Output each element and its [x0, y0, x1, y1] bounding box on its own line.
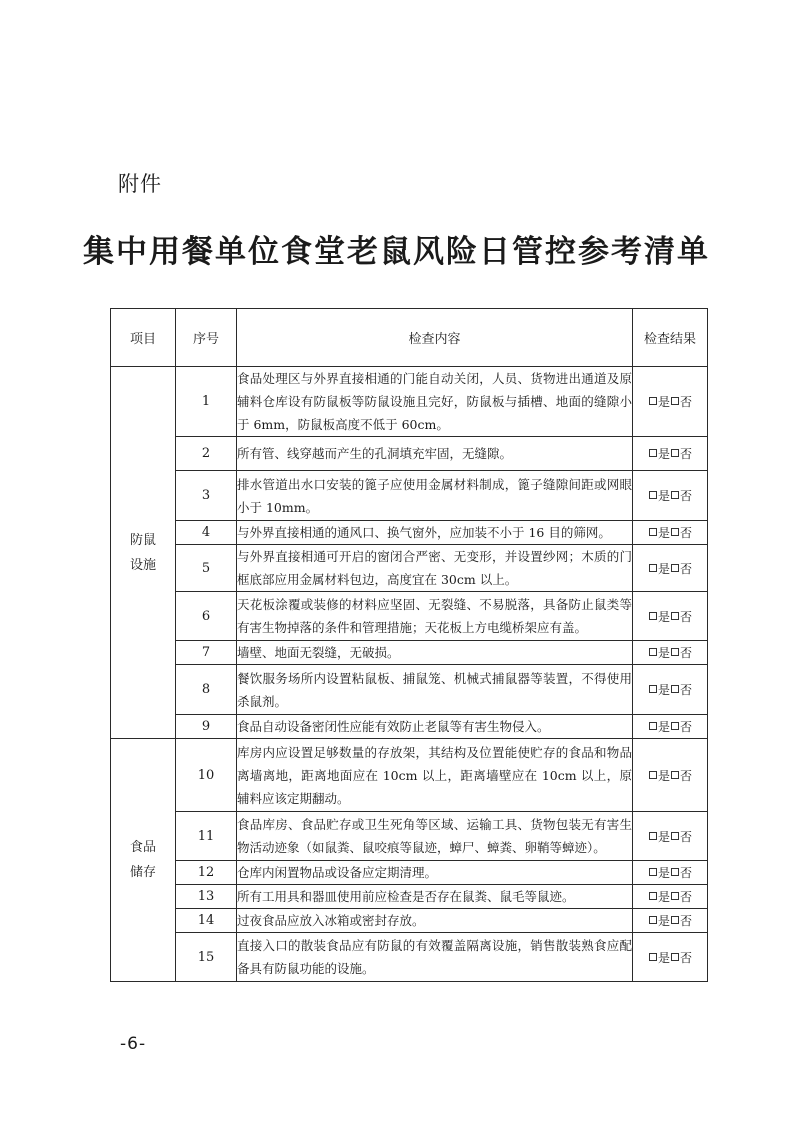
table-row: 9食品自动设备密闭性应能有效防止老鼠等有害生物侵入。是否	[111, 715, 708, 739]
item-number: 2	[176, 437, 237, 471]
table-row: 8餐饮服务场所内设置粘鼠板、捕鼠笼、机械式捕鼠器等装置，不得使用杀鼠剂。是否	[111, 665, 708, 715]
item-content: 与外界直接相通的通风口、换气窗外，应加装不小于 16 目的筛网。	[237, 521, 633, 545]
item-number: 6	[176, 592, 237, 641]
table-row: 2所有管、线穿越而产生的孔洞填充牢固，无缝隙。是否	[111, 437, 708, 471]
item-content: 仓库内闲置物品或设备应定期清理。	[237, 861, 633, 885]
no-label: 否	[680, 769, 692, 783]
item-content: 排水管道出水口安装的篦子应使用金属材料制成，篦子缝隙间距或网眼小于 10mm。	[237, 471, 633, 521]
table-row: 3排水管道出水口安装的篦子应使用金属材料制成，篦子缝隙间距或网眼小于 10mm。…	[111, 471, 708, 521]
yes-label: 是	[658, 562, 670, 576]
no-checkbox[interactable]	[671, 685, 679, 693]
item-content: 食品库房、食品贮存或卫生死角等区域、运输工具、货物包装无有害生物活动迹象（如鼠粪…	[237, 812, 633, 861]
item-number: 12	[176, 861, 237, 885]
result-cell: 是否	[633, 592, 708, 641]
table-row: 5与外界直接相通可开启的窗闭合严密、无变形，并设置纱网；木质的门框底部应用金属材…	[111, 545, 708, 592]
yes-checkbox[interactable]	[649, 528, 657, 536]
checklist-table: 项目 序号 检查内容 检查结果 防鼠设施1食品处理区与外界直接相通的门能自动关闭…	[110, 308, 708, 982]
yes-label: 是	[658, 610, 670, 624]
no-checkbox[interactable]	[671, 491, 679, 499]
item-number: 13	[176, 885, 237, 909]
no-label: 否	[680, 866, 692, 880]
no-label: 否	[680, 489, 692, 503]
attachment-label: 附件	[118, 168, 162, 198]
no-checkbox[interactable]	[671, 397, 679, 405]
item-number: 15	[176, 933, 237, 982]
no-checkbox[interactable]	[671, 722, 679, 730]
item-content: 天花板涂覆或装修的材料应坚固、无裂缝、不易脱落，具备防止鼠类等有害生物掉落的条件…	[237, 592, 633, 641]
item-number: 4	[176, 521, 237, 545]
no-checkbox[interactable]	[671, 612, 679, 620]
item-number: 8	[176, 665, 237, 715]
yes-label: 是	[658, 720, 670, 734]
yes-checkbox[interactable]	[649, 685, 657, 693]
no-checkbox[interactable]	[671, 648, 679, 656]
page-number: -6-	[120, 1034, 146, 1054]
result-cell: 是否	[633, 471, 708, 521]
yes-label: 是	[658, 646, 670, 660]
table-row: 15直接入口的散装食品应有防鼠的有效覆盖隔离设施，销售散装熟食应配备具有防鼠功能…	[111, 933, 708, 982]
item-content: 直接入口的散装食品应有防鼠的有效覆盖隔离设施，销售散装熟食应配备具有防鼠功能的设…	[237, 933, 633, 982]
no-label: 否	[680, 646, 692, 660]
yes-label: 是	[658, 866, 670, 880]
item-content: 与外界直接相通可开启的窗闭合严密、无变形，并设置纱网；木质的门框底部应用金属材料…	[237, 545, 633, 592]
no-label: 否	[680, 447, 692, 461]
no-label: 否	[680, 951, 692, 965]
no-label: 否	[680, 720, 692, 734]
no-checkbox[interactable]	[671, 564, 679, 572]
table-row: 12仓库内闲置物品或设备应定期清理。是否	[111, 861, 708, 885]
yes-checkbox[interactable]	[649, 832, 657, 840]
item-number: 3	[176, 471, 237, 521]
result-cell: 是否	[633, 885, 708, 909]
yes-label: 是	[658, 769, 670, 783]
item-number: 10	[176, 739, 237, 812]
category-label-line2: 储存	[111, 860, 175, 885]
table-row: 14过夜食品应放入冰箱或密封存放。是否	[111, 909, 708, 933]
item-content: 所有工用具和器皿使用前应检查是否存在鼠粪、鼠毛等鼠迹。	[237, 885, 633, 909]
no-label: 否	[680, 610, 692, 624]
document-title: 集中用餐单位食堂老鼠风险日管控参考清单	[0, 226, 793, 271]
result-cell: 是否	[633, 933, 708, 982]
category-label-line1: 防鼠	[111, 528, 175, 553]
item-number: 5	[176, 545, 237, 592]
yes-checkbox[interactable]	[649, 916, 657, 924]
result-cell: 是否	[633, 665, 708, 715]
item-content: 墙壁、地面无裂缝，无破损。	[237, 641, 633, 665]
yes-checkbox[interactable]	[649, 771, 657, 779]
yes-checkbox[interactable]	[649, 612, 657, 620]
category-label-line1: 食品	[111, 835, 175, 860]
table-row: 7墙壁、地面无裂缝，无破损。是否	[111, 641, 708, 665]
yes-label: 是	[658, 890, 670, 904]
result-cell: 是否	[633, 641, 708, 665]
no-label: 否	[680, 395, 692, 409]
header-result: 检查结果	[633, 309, 708, 367]
no-checkbox[interactable]	[671, 953, 679, 961]
no-label: 否	[680, 914, 692, 928]
result-cell: 是否	[633, 545, 708, 592]
category-label-line2: 设施	[111, 553, 175, 578]
header-number: 序号	[176, 309, 237, 367]
result-cell: 是否	[633, 437, 708, 471]
result-cell: 是否	[633, 861, 708, 885]
yes-checkbox[interactable]	[649, 397, 657, 405]
no-checkbox[interactable]	[671, 449, 679, 457]
item-content: 库房内应设置足够数量的存放架，其结构及位置能使贮存的食品和物品离墙离地，距离地面…	[237, 739, 633, 812]
table-header-row: 项目 序号 检查内容 检查结果	[111, 309, 708, 367]
yes-label: 是	[658, 830, 670, 844]
no-label: 否	[680, 890, 692, 904]
yes-checkbox[interactable]	[649, 722, 657, 730]
result-cell: 是否	[633, 715, 708, 739]
item-content: 食品自动设备密闭性应能有效防止老鼠等有害生物侵入。	[237, 715, 633, 739]
result-cell: 是否	[633, 909, 708, 933]
yes-checkbox[interactable]	[649, 953, 657, 961]
yes-label: 是	[658, 447, 670, 461]
yes-label: 是	[658, 489, 670, 503]
yes-label: 是	[658, 395, 670, 409]
no-checkbox[interactable]	[671, 892, 679, 900]
table-row: 防鼠设施1食品处理区与外界直接相通的门能自动关闭，人员、货物进出通道及原辅料仓库…	[111, 367, 708, 437]
no-label: 否	[680, 526, 692, 540]
header-content: 检查内容	[237, 309, 633, 367]
yes-checkbox[interactable]	[649, 868, 657, 876]
table-row: 食品储存10库房内应设置足够数量的存放架，其结构及位置能使贮存的食品和物品离墙离…	[111, 739, 708, 812]
item-number: 9	[176, 715, 237, 739]
no-checkbox[interactable]	[671, 916, 679, 924]
table-row: 4与外界直接相通的通风口、换气窗外，应加装不小于 16 目的筛网。是否	[111, 521, 708, 545]
item-content: 过夜食品应放入冰箱或密封存放。	[237, 909, 633, 933]
no-label: 否	[680, 562, 692, 576]
no-label: 否	[680, 830, 692, 844]
item-number: 1	[176, 367, 237, 437]
item-content: 餐饮服务场所内设置粘鼠板、捕鼠笼、机械式捕鼠器等装置，不得使用杀鼠剂。	[237, 665, 633, 715]
header-category: 项目	[111, 309, 176, 367]
yes-checkbox[interactable]	[649, 892, 657, 900]
no-checkbox[interactable]	[671, 528, 679, 536]
no-checkbox[interactable]	[671, 868, 679, 876]
item-content: 所有管、线穿越而产生的孔洞填充牢固，无缝隙。	[237, 437, 633, 471]
yes-label: 是	[658, 914, 670, 928]
table-row: 11食品库房、食品贮存或卫生死角等区域、运输工具、货物包装无有害生物活动迹象（如…	[111, 812, 708, 861]
no-checkbox[interactable]	[671, 832, 679, 840]
yes-checkbox[interactable]	[649, 449, 657, 457]
yes-checkbox[interactable]	[649, 564, 657, 572]
category-cell: 防鼠设施	[111, 367, 176, 739]
item-number: 11	[176, 812, 237, 861]
item-number: 14	[176, 909, 237, 933]
result-cell: 是否	[633, 367, 708, 437]
table-row: 13所有工用具和器皿使用前应检查是否存在鼠粪、鼠毛等鼠迹。是否	[111, 885, 708, 909]
item-number: 7	[176, 641, 237, 665]
yes-label: 是	[658, 526, 670, 540]
table-row: 6天花板涂覆或装修的材料应坚固、无裂缝、不易脱落，具备防止鼠类等有害生物掉落的条…	[111, 592, 708, 641]
yes-checkbox[interactable]	[649, 648, 657, 656]
yes-label: 是	[658, 951, 670, 965]
yes-label: 是	[658, 683, 670, 697]
item-content: 食品处理区与外界直接相通的门能自动关闭，人员、货物进出通道及原辅料仓库设有防鼠板…	[237, 367, 633, 437]
no-label: 否	[680, 683, 692, 697]
result-cell: 是否	[633, 739, 708, 812]
category-cell: 食品储存	[111, 739, 176, 982]
result-cell: 是否	[633, 812, 708, 861]
yes-checkbox[interactable]	[649, 491, 657, 499]
no-checkbox[interactable]	[671, 771, 679, 779]
result-cell: 是否	[633, 521, 708, 545]
